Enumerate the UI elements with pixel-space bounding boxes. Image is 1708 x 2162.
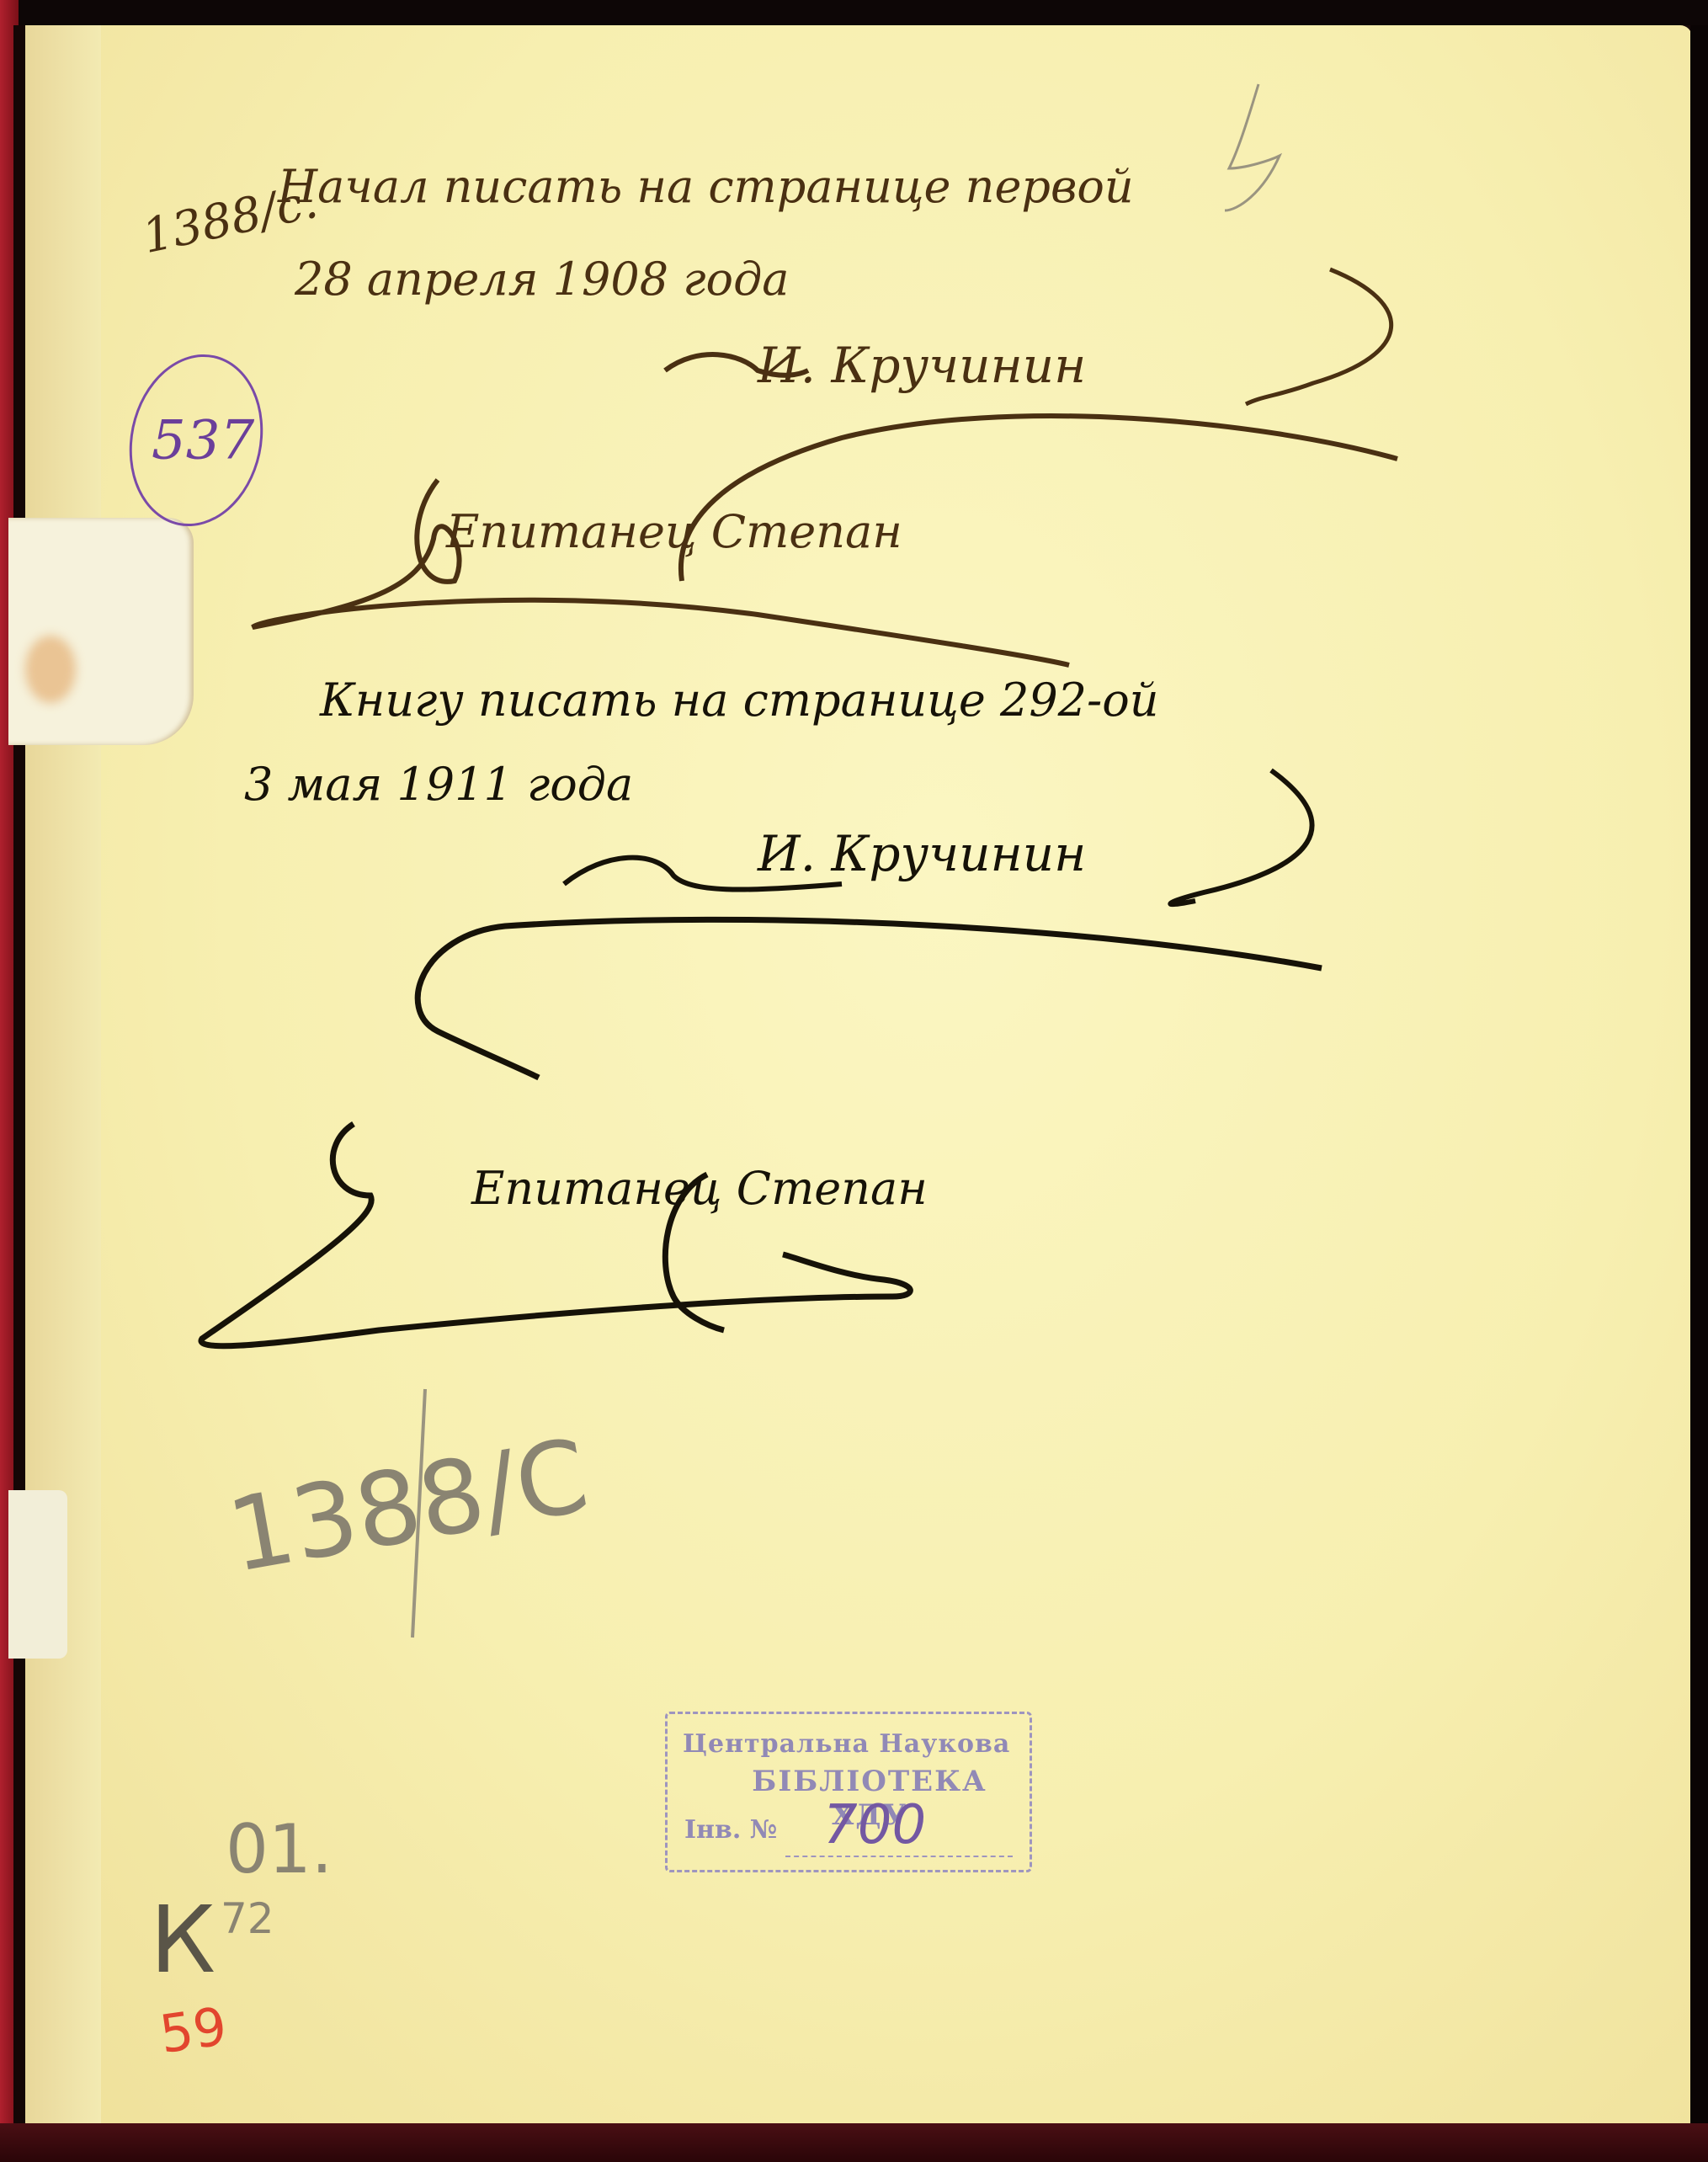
shelf-mark-letter: К	[150, 1886, 215, 1994]
scan-frame-right	[1690, 25, 1708, 2130]
shelf-mark-superscript: 01.	[226, 1810, 333, 1888]
inscription-1-line-2: 28 апреля 1908 года	[295, 253, 790, 306]
signature-1a: И. Кручинин	[758, 337, 1086, 394]
book-cover-bottom	[0, 2123, 1708, 2162]
signature-1b: Епитанец Степан	[446, 505, 902, 558]
signature-2b: Епитанец Степан	[471, 1162, 928, 1215]
inventory-number: 700	[823, 1794, 926, 1856]
stamp-line-1: Центральна Наукова	[683, 1729, 1010, 1759]
inscription-1-line-1: Начал писать на странице первой	[278, 160, 1134, 213]
scan-frame-top	[0, 0, 1708, 25]
binding-cloth-patch	[8, 518, 194, 745]
rust-stain	[25, 636, 76, 703]
page-gutter	[25, 25, 101, 2123]
stamp-line-3: Інв. №	[684, 1815, 777, 1845]
inscription-2-line-1: Книгу писать на странице 292-ой	[320, 674, 1159, 727]
shelf-mark-subscript: 72	[221, 1894, 274, 1943]
red-pencil-number: 59	[156, 1995, 230, 2065]
inscription-2-line-2: 3 мая 1911 года	[244, 758, 633, 811]
stamp-underline	[785, 1856, 1013, 1857]
circled-number: 537	[152, 410, 254, 472]
signature-2a: И. Кручинин	[758, 825, 1086, 882]
spine-shadow	[13, 25, 25, 2130]
binding-cloth-patch-lower	[8, 1490, 67, 1659]
library-stamp: Центральна Наукова БІБЛІОТЕКА ХДУ Інв. №…	[665, 1712, 1032, 1872]
